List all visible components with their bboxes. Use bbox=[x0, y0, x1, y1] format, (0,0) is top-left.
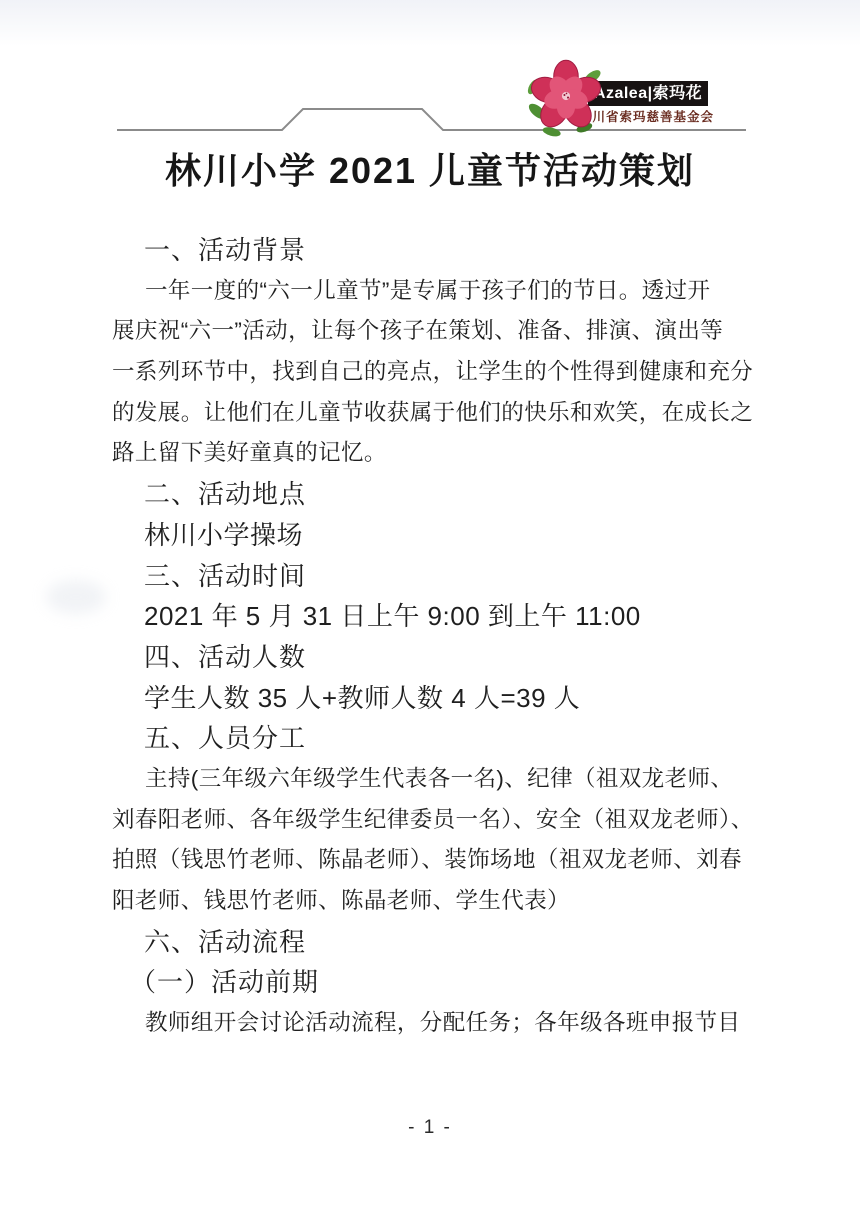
paragraph-line: 阳老师、钱思竹老师、陈晶老师、学生代表） bbox=[112, 881, 757, 922]
subsection-heading: （一）活动前期 bbox=[112, 962, 757, 1003]
paragraph-line: 的发展。让他们在儿童节收获属于他们的快乐和欢笑，在成长之 bbox=[112, 393, 757, 434]
page-number: - 1 - bbox=[0, 1117, 860, 1139]
header-rule bbox=[0, 0, 860, 145]
document-title: 林川小学 2021 儿童节活动策划 bbox=[0, 143, 860, 194]
paragraph-line: 主持(三年级六年级学生代表各一名)、纪律（祖双龙老师、 bbox=[112, 759, 757, 800]
paragraph-line: 刘春阳老师、各年级学生纪律委员一名）、安全（祖双龙老师）、 bbox=[112, 800, 757, 841]
section-heading: 六、活动流程 bbox=[112, 922, 757, 963]
paragraph-line: 拍照（钱思竹老师、陈晶老师）、装饰场地（祖双龙老师、刘春 bbox=[112, 840, 757, 881]
section-heading: 三、活动时间 bbox=[112, 556, 757, 597]
info-line: 2021 年 5 月 31 日上午 9:00 到上午 11:00 bbox=[112, 596, 757, 637]
info-line: 学生人数 35 人+教师人数 4 人=39 人 bbox=[112, 678, 757, 719]
section-heading: 五、人员分工 bbox=[112, 718, 757, 759]
info-line: 林川小学操场 bbox=[112, 515, 757, 556]
paragraph-line: 教师组开会讨论活动流程，分配任务；各年级各班申报节目 bbox=[112, 1003, 757, 1044]
azalea-flower-icon bbox=[521, 46, 613, 142]
paragraph-line: 展庆祝“六一”活动，让每个孩子在策划、准备、排演、演出等 bbox=[112, 311, 757, 352]
paragraph-line: 路上留下美好童真的记忆。 bbox=[112, 433, 757, 474]
section-heading: 四、活动人数 bbox=[112, 637, 757, 678]
section-heading: 一、活动背景 bbox=[112, 230, 757, 271]
document-body: 一、活动背景 一年一度的“六一儿童节”是专属于孩子们的节日。透过开 展庆祝“六一… bbox=[112, 230, 757, 1044]
section-heading: 二、活动地点 bbox=[112, 474, 757, 515]
paragraph-line: 一系列环节中，找到自己的亮点，让学生的个性得到健康和充分 bbox=[112, 352, 757, 393]
paragraph-line: 一年一度的“六一儿童节”是专属于孩子们的节日。透过开 bbox=[112, 271, 757, 312]
scan-smudge bbox=[46, 580, 106, 614]
